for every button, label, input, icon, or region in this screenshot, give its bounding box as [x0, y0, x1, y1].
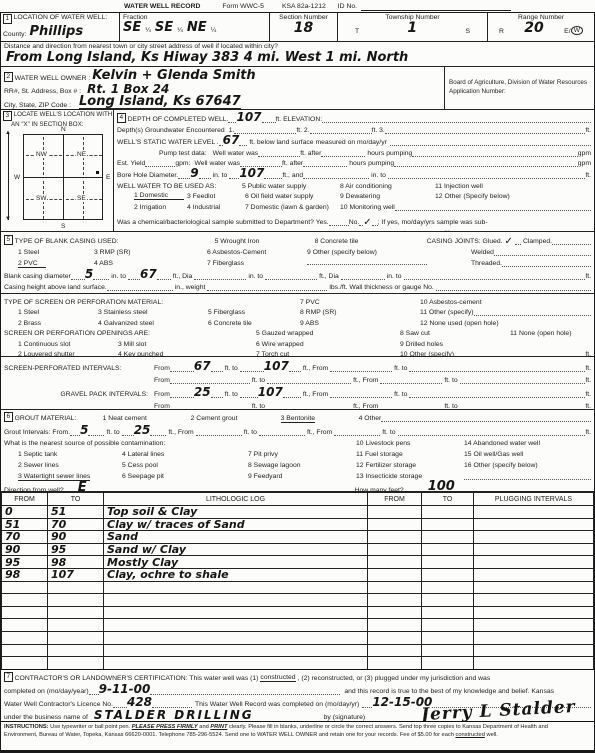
plug-from: [368, 531, 422, 544]
contamination-5: 5 Cess pool: [122, 462, 248, 469]
section-number-value: 18: [273, 21, 334, 35]
section-box: NW NE SW SE: [23, 134, 103, 220]
form-statute: KSA 82a-1212: [282, 3, 326, 10]
grout-title: GROUT MATERIAL:: [15, 415, 103, 422]
screen-opening-11: 11 None (open hole): [510, 330, 571, 337]
header-to-2: TO: [422, 493, 474, 506]
record-completed-label: This Water Well Record was completed on …: [195, 701, 359, 708]
screen-opening-1: 1 Continuous slot: [18, 341, 118, 348]
contamination-12: 12 Fertilizer storage: [356, 462, 464, 469]
sp2-from-label: From: [154, 377, 170, 384]
screen-material-10: 10 Asbestos-cement: [420, 299, 482, 306]
county-label: County:: [3, 31, 26, 38]
lith-row-0: 051Top soil & Clay: [2, 506, 594, 519]
contamination-7: 7 Pit privy: [248, 451, 356, 458]
locate-title-1: LOCATE WELL'S LOCATION WITH: [14, 111, 113, 118]
casing-option-1: 1 Steel: [18, 249, 94, 256]
section-number-cell: Section Number 18: [269, 13, 337, 41]
lith-row-empty: [2, 606, 594, 619]
casing-section: 5 TYPE OF BLANK CASING USED: 5 Wrought I…: [1, 231, 594, 293]
casing-in-to: in. to: [111, 273, 126, 280]
direction-value: E: [78, 481, 87, 491]
completed-date-value: 9-11-00: [99, 683, 151, 695]
plug-desc: [474, 568, 594, 581]
range-ew: E/ W: [564, 26, 583, 35]
quad-nw: NW: [35, 151, 48, 158]
grout-ft-from-2: ft., From: [307, 429, 332, 436]
contamination-4: 4 Lateral lines: [122, 451, 248, 458]
grout-option-2: 2 Cement grout: [191, 415, 281, 422]
casing-joints-glued-check: ✓: [505, 239, 513, 245]
board-label: Board of Agriculture, Division of Water …: [449, 79, 591, 86]
lith-from: 70: [2, 531, 48, 544]
owner-section: 2 WATER WELL OWNER : Kelvin + Glenda Smi…: [1, 66, 594, 109]
instructions-line2b: well.: [486, 732, 497, 738]
screen-material-8: 8 RMP (SR): [300, 309, 420, 316]
sp-from-label: From: [154, 365, 170, 372]
sample-question: Was a chemical/bacteriological sample su…: [117, 219, 329, 226]
bore-label: Bore Hole Diameter.: [117, 172, 178, 179]
signature-label: by (signature): [324, 714, 366, 721]
usage-option-2: 2 Irrigation: [134, 204, 187, 211]
elevation-label: ft. ELEVATION:: [276, 116, 323, 123]
screen-material-9: 9 ABS: [300, 320, 420, 327]
section-3-number: 3: [3, 111, 12, 121]
gp-ft-to-2: ft. to: [394, 391, 407, 398]
screen-material-6: 6 Concrete tile: [208, 320, 300, 327]
form-body: 1 LOCATION OF WATER WELL: County: Philli…: [0, 12, 595, 753]
grout-to-value: 25: [134, 424, 151, 436]
sp2-ft-from: ft., From: [353, 377, 378, 384]
depth-value: 107: [236, 111, 261, 123]
yield-hours: hours pumping: [349, 160, 394, 167]
completed-on-label: completed on (mo/day/year): [4, 688, 89, 695]
plug-from: [368, 506, 422, 519]
casing-option-8: 8 Concrete tile: [315, 238, 427, 245]
section-box-hline: [24, 177, 102, 178]
yield-label: Est. Yield: [117, 160, 145, 167]
sp2-ft-to: ft. to: [252, 377, 265, 384]
sp-from-value: 67: [194, 360, 211, 372]
plug-to: [422, 556, 474, 569]
casing-joints-clamped: Clamped.: [523, 238, 552, 245]
screen-opening-9: 9 Drilled holes: [400, 341, 443, 348]
casing-joints-welded: Welded: [471, 249, 494, 256]
lith-to: 95: [48, 543, 104, 556]
lith-row-2: 7090Sand: [2, 531, 594, 544]
township-cell: Township Number T 1 S: [337, 13, 487, 41]
casing-ft-dia-1: ft., Dia: [173, 273, 193, 280]
distance-row: Distance and direction from nearest town…: [1, 41, 594, 66]
contamination-9: 9 Feedyard: [248, 473, 356, 480]
grout-ft-end: ft.: [585, 429, 591, 436]
lith-desc: Sand w/ Clay: [104, 543, 368, 556]
instructions-print: PRINT: [210, 724, 227, 730]
grout-intervals-label: Grout Intervals: From.: [4, 429, 70, 436]
form-id-blank: [361, 3, 511, 11]
screen-material-7: 7 PVC: [300, 299, 420, 306]
one-mile-arrow: [8, 134, 9, 220]
sample-no-label: No.: [349, 219, 360, 226]
plug-to: [422, 568, 474, 581]
fraction-q2: SE: [155, 21, 173, 34]
casing-diameter-value: 5: [85, 268, 93, 280]
certification-section: 7 CONTRACTOR'S OR LANDOWNER'S CERTIFICAT…: [1, 669, 594, 721]
header-log: LITHOLOGIC LOG: [104, 493, 368, 506]
lith-to: 51: [48, 506, 104, 519]
instructions-t3: clearly. Please fill in blanks, underlin…: [229, 724, 548, 730]
range-e: E/: [564, 28, 570, 35]
yield-gpm2: gpm: [578, 160, 591, 167]
section-2-number: 2: [4, 72, 13, 82]
compass-e: E: [106, 174, 110, 181]
grout-option-1: 1 Neat cement: [103, 415, 191, 422]
yield-after: ft. after: [282, 160, 303, 167]
instructions-constructed: constructed: [455, 732, 484, 738]
screen-material-1: 1 Steel: [18, 309, 98, 316]
lithologic-table-section: FROM TO LITHOLOGIC LOG FROM TO PLUGGING …: [1, 491, 594, 669]
quad-se: SE: [76, 195, 87, 202]
range-value: 20: [524, 21, 543, 35]
contamination-6: 6 Seepage pit: [122, 473, 248, 480]
static-level-value: 67: [223, 134, 240, 146]
county-cell: 1 LOCATION OF WATER WELL: County: Philli…: [1, 13, 119, 41]
intervals-section: SCREEN-PERFORATED INTERVALS: From 67 ft.…: [1, 356, 594, 409]
range-w-circled: W: [571, 26, 583, 35]
certification-line2b: and this record is true to the best of m…: [344, 688, 554, 695]
plug-to: [422, 543, 474, 556]
range-r: R: [499, 28, 504, 35]
casing-in-to-2: in. to: [248, 273, 263, 280]
compass-s: S: [61, 223, 65, 230]
usage-option-11: 11 Injection well: [435, 183, 483, 190]
application-number-label: Application Number:: [449, 88, 591, 95]
county-value: Phillips: [29, 25, 83, 38]
form-title: WATER WELL RECORD: [124, 3, 200, 10]
lith-row-empty: [2, 594, 594, 607]
bore-ft: ft.: [585, 172, 591, 179]
plug-to: [422, 506, 474, 519]
grout-from-value: 5: [80, 424, 88, 436]
instructions-footer: INSTRUCTIONS: Use typewriter or ball poi…: [1, 721, 594, 753]
quarter-mark-1: ¼: [145, 27, 151, 34]
casing-option-2-selected: 2 PVC: [18, 260, 46, 268]
bore-ft-and: ft., and: [282, 172, 303, 179]
gp-from-value: 25: [194, 386, 211, 398]
grout-ft-to-3: ft. to: [382, 429, 395, 436]
gp-ft-from: ft., From: [303, 391, 328, 398]
lith-to: 98: [48, 556, 104, 569]
instructions-line2a: Environment, Bureau of Water, Topeka, Ka…: [4, 732, 454, 738]
usage-option-12: 12 Other (Specify below): [435, 193, 510, 200]
usage-option-8: 8 Air conditioning: [340, 183, 435, 190]
instructions-t1: Use typewriter or ball point pen.: [50, 724, 130, 730]
contamination-15: 15 Oil well/Gas well: [464, 451, 523, 458]
lith-row-3: 9095Sand w/ Clay: [2, 543, 594, 556]
quarter-mark-2: ¼: [177, 27, 183, 34]
feet-value: 100: [422, 480, 461, 491]
lith-row-empty: [2, 644, 594, 657]
grout-ft-to: ft. to: [106, 429, 119, 436]
screen-material-title: TYPE OF SCREEN OR PERFORATION MATERIAL:: [4, 299, 300, 306]
lith-desc: Mostly Clay: [104, 556, 368, 569]
depth-label: DEPTH OF COMPLETED WELL.: [128, 116, 229, 123]
gravel-intervals-label: GRAVEL PACK INTERVALS:: [4, 391, 154, 398]
quad-ne: NE: [76, 151, 87, 158]
plug-desc: [474, 506, 594, 519]
instructions-line2: Environment, Bureau of Water, Topeka, Ka…: [4, 732, 591, 740]
certification-constructed: constructed: [260, 674, 295, 682]
bore-depth-value: 107: [239, 167, 264, 179]
screen-material-2: 2 Brass: [18, 320, 98, 327]
township-value: 1: [407, 21, 417, 35]
range-cell: Range Number R 20 E/ W: [487, 13, 594, 41]
plug-from: [368, 568, 422, 581]
form-id-label: ID No.: [338, 3, 357, 10]
gp-to-value: 107: [258, 386, 283, 398]
lith-row-empty: [2, 657, 594, 669]
casing-option-9: 9 Other (specify below): [307, 249, 471, 256]
certification-line1b: , (2) reconstructed, or (3) plugged unde…: [298, 675, 491, 682]
distance-value: From Long Island, Ks Hiway 383 4 mi. Wes…: [6, 51, 591, 64]
licence-value: 428: [127, 696, 152, 708]
pump-test-label: Pump test data:: [159, 150, 207, 157]
quad-sw: SW: [35, 195, 47, 202]
casing-ft-dia-2: ft., Dia: [319, 273, 339, 280]
casing-option-4: 4 ABS: [94, 260, 207, 267]
quarter-mark-3: ¼: [211, 27, 217, 34]
lith-row-4: 9598Mostly Clay: [2, 556, 594, 569]
sp2-ft-to-2: ft. to: [444, 377, 457, 384]
section-box-panel: 3 LOCATE WELL'S LOCATION WITH AN "X" IN …: [1, 110, 114, 231]
lithologic-table: FROM TO LITHOLOGIC LOG FROM TO PLUGGING …: [1, 492, 594, 669]
lith-to: 70: [48, 518, 104, 531]
licence-label: Water Well Contractor's Licence No.: [4, 701, 113, 708]
section-6-number: 6: [4, 412, 13, 422]
gp-ft-to: ft. to: [225, 391, 238, 398]
contamination-1: 1 Septic tank: [18, 451, 122, 458]
sp-ft-to: ft. to: [225, 365, 238, 372]
depth-panel: 4 DEPTH OF COMPLETED WELL. 107 ft. ELEVA…: [114, 110, 594, 231]
plug-desc: [474, 531, 594, 544]
casing-ft-end: ft.: [585, 273, 591, 280]
contamination-2: 2 Sewer lines: [18, 462, 122, 469]
fraction-q1: SE: [123, 21, 141, 34]
bore-in-to-2: in. to: [371, 172, 386, 179]
sp-ft-to-2: ft. to: [394, 365, 407, 372]
grout-section: 6 GROUT MATERIAL: 1 Neat cement 2 Cement…: [1, 409, 594, 491]
address-label: RR#, St. Address, Box # :: [4, 88, 81, 95]
screen-material-5: 5 Fiberglass: [208, 309, 300, 316]
city-value: Long Island, Ks 67647: [79, 95, 241, 109]
fraction-cell: Fraction SE ¼ SE ¼ NE ¼: [119, 13, 269, 41]
certification-line1a: CONTRACTOR'S OR LANDOWNER'S CERTIFICATIO…: [15, 675, 259, 682]
township-s: S: [465, 28, 470, 35]
owner-fields: 2 WATER WELL OWNER : Kelvin + Glenda Smi…: [1, 67, 444, 109]
casing-depth-value: 67: [140, 268, 157, 280]
sample-no-check: ✓: [363, 220, 371, 226]
lith-from: 98: [2, 568, 48, 581]
header-from-2: FROM: [368, 493, 422, 506]
sp-ft-from: ft., From: [303, 365, 328, 372]
well-location-mark: [96, 171, 99, 174]
sp-to-value: 107: [264, 360, 289, 372]
lithologic-header-row: FROM TO LITHOLOGIC LOG FROM TO PLUGGING …: [2, 493, 594, 506]
instructions-label: INSTRUCTIONS:: [4, 724, 49, 730]
plug-desc: [474, 543, 594, 556]
plug-from: [368, 518, 422, 531]
contamination-10: 10 Livestock pens: [356, 440, 464, 447]
plug-desc: [474, 556, 594, 569]
casing-joints-label: CASING JOINTS: Glued.: [427, 238, 503, 245]
lith-row-1: 5170Clay w/ traces of Sand: [2, 518, 594, 531]
bore-in-to: in. to: [213, 172, 228, 179]
screen-material-4: 4 Galvanized steel: [98, 320, 208, 327]
usage-label: WELL WATER TO BE USED AS:: [117, 183, 242, 190]
pump-after: ft. after: [300, 150, 321, 157]
plug-to: [422, 518, 474, 531]
contamination-8: 8 Sewage lagoon: [248, 462, 356, 469]
one-mile-arrow-down: ▼: [5, 216, 11, 222]
owner-value: Kelvin + Glenda Smith: [92, 69, 255, 82]
casing-option-6: 6 Asbestos-Cement: [207, 249, 307, 256]
header-from-1: FROM: [2, 493, 48, 506]
lith-desc: Sand: [104, 531, 368, 544]
sp-ft-end: ft.: [585, 365, 591, 372]
lith-to: 90: [48, 531, 104, 544]
pump-gpm: gpm: [578, 150, 591, 157]
pump-water-was: Well water was: [213, 150, 259, 157]
plug-desc: [474, 518, 594, 531]
screen-material-11: 11 Other (specify): [420, 309, 474, 316]
contamination-14: 14 Abandoned water well: [464, 440, 540, 447]
casing-diameter-label: Blank casing diameter: [4, 273, 71, 280]
grout-ft-from: ft., From: [168, 429, 193, 436]
lith-desc: Top soil & Clay: [104, 506, 368, 519]
location-title: LOCATION OF WATER WELL:: [14, 14, 108, 21]
instructions-line1: INSTRUCTIONS: Use typewriter or ball poi…: [4, 724, 591, 732]
lith-from: 51: [2, 518, 48, 531]
casing-height-label: Casing height above land surface.: [4, 284, 107, 291]
pump-hours: hours pumping: [367, 150, 412, 157]
screen-opening-8: 8 Saw cut: [400, 330, 510, 337]
casing-title: TYPE OF BLANK CASING USED:: [15, 238, 215, 245]
usage-option-10: 10 Monitoring well: [340, 204, 395, 211]
plug-from: [368, 556, 422, 569]
usage-option-5: 5 Public water supply: [242, 183, 340, 190]
screen-openings-title: SCREEN OR PERFORATION OPENINGS ARE:: [4, 330, 256, 337]
contamination-question: What is the nearest source of possible c…: [4, 440, 356, 447]
screen-opening-6: 6 Wire wrapped: [256, 341, 400, 348]
usage-option-3: 3 Feedlot: [187, 193, 245, 200]
casing-wall-label: lbs./ft. Wall thickness or gauge No.: [329, 284, 433, 291]
distance-label: Distance and direction from nearest town…: [4, 43, 591, 50]
lith-row-empty: [2, 619, 594, 632]
lith-from: 95: [2, 556, 48, 569]
section-1-number: 1: [3, 14, 12, 24]
casing-option-5: 5 Wrought Iron: [215, 238, 315, 245]
yield-water-was: Well water was: [194, 160, 240, 167]
section-7-number: 7: [4, 672, 13, 682]
sp2-ft-end: ft.: [585, 377, 591, 384]
plug-to: [422, 531, 474, 544]
lith-from: 0: [2, 506, 48, 519]
sample-question-rest: ; If yes, mo/day/yrs sample was sub-: [378, 219, 488, 226]
compass-n: N: [61, 126, 66, 133]
township-t: T: [355, 28, 359, 35]
gp-ft-end: ft.: [585, 391, 591, 398]
fraction-q3: NE: [187, 21, 207, 34]
instructions-t2: and: [199, 724, 209, 730]
casing-in-to-3: in. to: [387, 273, 402, 280]
grout-ft-to-2: ft. to: [244, 429, 257, 436]
instructions-press-firmly: PLEASE PRESS FIRMLY: [132, 724, 198, 730]
business-name-value: STALDER DRILLING: [94, 709, 254, 721]
usage-option-1-selected: 1 Domestic: [134, 192, 184, 200]
static-level-label: WELL'S STATIC WATER LEVEL .: [117, 139, 219, 146]
casing-joints-threaded: Threaded.: [471, 260, 502, 267]
gp-from-label: From: [154, 391, 170, 398]
lith-to: 107: [48, 568, 104, 581]
yield-gpm: gpm:: [175, 160, 190, 167]
lith-row-empty: [2, 631, 594, 644]
section-5-number: 5: [4, 235, 13, 245]
plug-from: [368, 543, 422, 556]
groundwater-ft: ft.: [585, 127, 591, 134]
usage-option-9: 9 Dewatering: [340, 193, 435, 200]
form-header: WATER WELL RECORD Form WWC-5 KSA 82a-121…: [0, 0, 595, 12]
groundwater-label: Depth(s) Groundwater Encountered: [117, 127, 225, 134]
screen-intervals-label: SCREEN-PERFORATED INTERVALS:: [4, 365, 154, 372]
lith-row-empty: [2, 581, 594, 594]
screen-material-12: 12 None used (open hole): [420, 320, 499, 327]
screen-material-3: 3 Stainless steel: [98, 309, 208, 316]
usage-option-6: 6 Oil field water supply: [245, 193, 340, 200]
usage-option-4: 4 Industrial: [187, 204, 245, 211]
casing-in-weight: in., weight: [175, 284, 206, 291]
grout-option-4: 4 Other: [359, 415, 382, 422]
lith-desc: Clay, ochre to shale: [104, 568, 368, 581]
lith-desc: Clay w/ traces of Sand: [104, 518, 368, 531]
agency-box: Board of Agriculture, Division of Water …: [444, 67, 594, 109]
contamination-16: 16 Other (specify below): [464, 462, 538, 469]
groundwater-3: ft. 3.: [372, 127, 385, 134]
location-row: 1 LOCATION OF WATER WELL: County: Philli…: [1, 13, 594, 41]
static-level-suffix: ft. below land surface measured on mo/da…: [249, 139, 387, 146]
lith-from: 90: [2, 543, 48, 556]
grout-option-3-selected: 3 Bentonite: [281, 415, 315, 423]
one-mile-arrow-up: ▲: [5, 130, 11, 136]
contamination-11: 11 Fuel storage: [356, 451, 464, 458]
header-plug: PLUGGING INTERVALS: [474, 493, 594, 506]
header-to-1: TO: [48, 493, 104, 506]
city-label: City, State, ZIP Code :: [4, 102, 71, 109]
section-4-number: 4: [117, 113, 126, 123]
usage-option-7: 7 Domestic (lawn & garden): [245, 204, 340, 211]
groundwater-2: ft. 2.: [296, 127, 309, 134]
owner-label: WATER WELL OWNER :: [15, 75, 91, 82]
form-number: Form WWC-5: [222, 3, 264, 10]
one-mile-label: 1 Mile: [1, 168, 2, 183]
business-name-label: under the business name of: [4, 714, 88, 721]
screen-section: TYPE OF SCREEN OR PERFORATION MATERIAL: …: [1, 293, 594, 356]
lith-row-5: 98107Clay, ochre to shale: [2, 568, 594, 581]
location-depth-section: 3 LOCATE WELL'S LOCATION WITH AN "X" IN …: [1, 109, 594, 231]
casing-option-3: 3 RMP (SR): [94, 249, 207, 256]
screen-opening-5: 5 Gauzed wrapped: [256, 330, 400, 337]
water-well-record-form: WATER WELL RECORD Form WWC-5 KSA 82a-121…: [0, 0, 595, 753]
bore-diameter-value: 9: [190, 167, 198, 179]
